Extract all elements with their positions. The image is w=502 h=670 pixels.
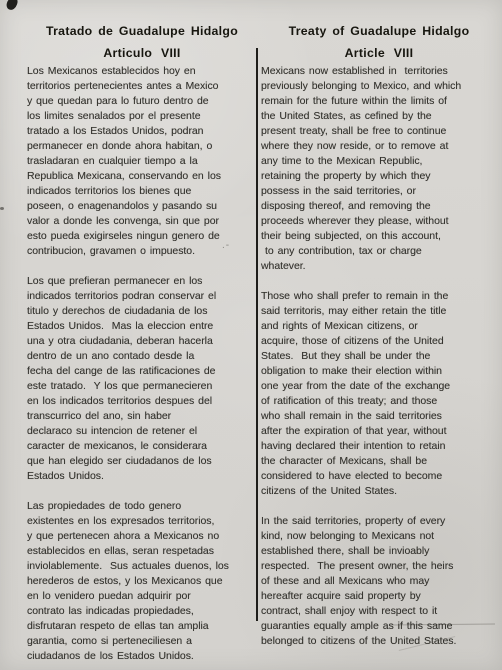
spanish-paragraph-3: Las propiedades de todo genero existente… xyxy=(27,499,257,664)
spanish-paragraph-2: Los que prefieran permanecer en los indi… xyxy=(27,274,257,484)
spanish-paragraph-1: Los Mexicanos establecidos hoy en territ… xyxy=(27,64,257,259)
scan-artifact-blob xyxy=(5,0,19,11)
spanish-article-heading: Articulo VIII xyxy=(27,46,257,61)
english-paragraph-2: Those who shall prefer to remain in the … xyxy=(261,289,497,499)
english-document-title: Treaty of Guadalupe Hidalgo xyxy=(261,24,497,39)
english-paragraph-1: Mexicans now established in territories … xyxy=(261,64,497,274)
english-paragraph-3: In the said territories, property of eve… xyxy=(261,514,497,649)
scanned-document-page: Tratado de Guadalupe Hidalgo Articulo VI… xyxy=(0,0,502,670)
spanish-document-title: Tratado de Guadalupe Hidalgo xyxy=(27,24,257,39)
ink-smudge-mark: .- xyxy=(222,240,230,251)
spanish-column: Tratado de Guadalupe Hidalgo Articulo VI… xyxy=(27,22,257,664)
english-article-heading: Article VIII xyxy=(261,46,497,61)
scan-artifact-speck xyxy=(0,207,4,210)
english-column: Treaty of Guadalupe Hidalgo Article VIII… xyxy=(261,22,497,649)
